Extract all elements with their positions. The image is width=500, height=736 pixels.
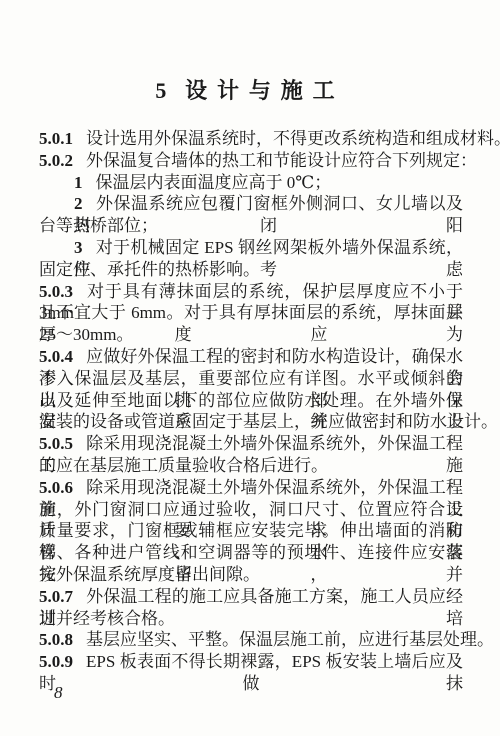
clause-5.0.6: 5.0.6除采用现浇混凝土外墙外保温系统外，外保温工程施工前，外门窗洞口应通过验… bbox=[39, 477, 463, 586]
text-line: 5.0.1设计选用外保温系统时，不得更改系统构造和组成材料。 bbox=[39, 128, 463, 150]
clause-5.0.4: 5.0.4应做好外保温工程的密封和防水构造设计，确保水不会渗入保温层及基层，重要… bbox=[39, 346, 463, 433]
text-line: 2外保温系统应包覆门窗框外侧洞口、女儿墙以及封闭阳 bbox=[39, 193, 463, 215]
clause-number: 5.0.4 bbox=[39, 347, 73, 366]
clause-number: 5.0.6 bbox=[39, 478, 73, 497]
clause-number: 3 bbox=[74, 238, 83, 257]
text-line: 质量要求，门窗框或辅框应安装完毕。伸出墙面的消防梯、水落 bbox=[39, 520, 463, 542]
text-line: 且不宜大于 6mm。对于具有厚抹面层的系统，厚抹面层厚度应为 bbox=[39, 302, 463, 324]
text-line: 5.0.5除采用现浇混凝土外墙外保温系统外，外保温工程的施 bbox=[39, 433, 463, 455]
text-line: 管、各种进户管线和空调器等的预埋件、连接件应安装完毕，并 bbox=[39, 542, 463, 564]
text-line: 渗入保温层及基层，重要部位应有详图。水平或倾斜的出挑部位 bbox=[39, 368, 463, 390]
clause-5.0.7: 5.0.7外保温工程的施工应具备施工方案，施工人员应经过培训并经考核合格。 bbox=[39, 586, 463, 630]
page-number: 8 bbox=[54, 683, 63, 703]
clause-number: 5.0.3 bbox=[39, 282, 73, 301]
text-line: 5.0.6除采用现浇混凝土外墙外保温系统外，外保温工程施工 bbox=[39, 477, 463, 499]
text-line: 5.0.9EPS 板表面不得长期裸露，EPS 板安装上墙后应及时做抹 bbox=[39, 651, 463, 673]
text-line: 5.0.7外保温工程的施工应具备施工方案，施工人员应经过培 bbox=[39, 586, 463, 608]
clause-5.0.5: 5.0.5除采用现浇混凝土外墙外保温系统外，外保温工程的施工应在基层施工质量验收… bbox=[39, 433, 463, 477]
clause-number: 5.0.7 bbox=[39, 587, 73, 606]
text-line: 安装的设备或管道应固定于基层上，并应做密封和防水设计。 bbox=[39, 411, 463, 433]
clause-5.0.8: 5.0.8基层应坚实、平整。保温层施工前，应进行基层处理。 bbox=[39, 629, 463, 651]
clause-5.0.2: 5.0.2外保温复合墙体的热工和节能设计应符合下列规定： bbox=[39, 150, 463, 172]
clause-5.0.1: 5.0.1设计选用外保温系统时，不得更改系统构造和组成材料。 bbox=[39, 128, 463, 150]
text-line: 以及延伸至地面以下的部位应做防水处理。在外墙外保温系统上 bbox=[39, 390, 463, 412]
clause-number: 2 bbox=[74, 194, 83, 213]
text-line: 5.0.3对于具有薄抹面层的系统，保护层厚度应不小于 3mm 并 bbox=[39, 281, 463, 303]
text-line: 3对于机械固定 EPS 钢丝网架板外墙外保温系统，应考虑 bbox=[39, 237, 463, 259]
text-line: 前，外门窗洞口应通过验收，洞口尺寸、位置应符合设计要求和 bbox=[39, 499, 463, 521]
text-line: 1保温层内表面温度应高于 0℃； bbox=[39, 172, 463, 194]
clause-number: 5.0.5 bbox=[39, 434, 73, 453]
clause-text: EPS 板表面不得长期裸露，EPS 板安装上墙后应及时做抹 bbox=[39, 652, 463, 693]
clause-number: 5.0.8 bbox=[39, 630, 73, 649]
clause-5.0.3: 5.0.3对于具有薄抹面层的系统，保护层厚度应不小于 3mm 并且不宜大于 6m… bbox=[39, 281, 463, 346]
clause-text: 基层应坚实、平整。保温层施工前，应进行基层处理。 bbox=[86, 630, 494, 649]
clause-list: 5.0.1设计选用外保温系统时，不得更改系统构造和组成材料。5.0.2外保温复合… bbox=[39, 128, 463, 673]
text-line: 5.0.8基层应坚实、平整。保温层施工前，应进行基层处理。 bbox=[39, 629, 463, 651]
clause-2: 2外保温系统应包覆门窗框外侧洞口、女儿墙以及封闭阳台等热桥部位； bbox=[39, 193, 463, 237]
section-number: 5 bbox=[155, 78, 166, 103]
clause-number: 1 bbox=[74, 173, 83, 192]
clause-number: 5.0.9 bbox=[39, 652, 73, 671]
clause-text: 外保温复合墙体的热工和节能设计应符合下列规定： bbox=[86, 151, 477, 170]
clause-text: 设计选用外保温系统时，不得更改系统构造和组成材料。 bbox=[86, 129, 500, 148]
clause-number: 5.0.1 bbox=[39, 129, 73, 148]
text-line: 5.0.4应做好外保温工程的密封和防水构造设计，确保水不会 bbox=[39, 346, 463, 368]
section-title: 5设计与施工 bbox=[0, 78, 500, 104]
section-title-text: 设计与施工 bbox=[185, 78, 345, 103]
text-line: 5.0.2外保温复合墙体的热工和节能设计应符合下列规定： bbox=[39, 150, 463, 172]
clause-text: 保温层内表面温度应高于 0℃； bbox=[96, 173, 332, 192]
clause-5.0.9: 5.0.9EPS 板表面不得长期裸露，EPS 板安装上墙后应及时做抹 bbox=[39, 651, 463, 673]
clause-3: 3对于机械固定 EPS 钢丝网架板外墙外保温系统，应考虑固定件、承托件的热桥影响… bbox=[39, 237, 463, 281]
scanned-page: 5设计与施工 5.0.1设计选用外保温系统时，不得更改系统构造和组成材料。5.0… bbox=[0, 0, 500, 736]
clause-1: 1保温层内表面温度应高于 0℃； bbox=[39, 172, 463, 194]
clause-number: 5.0.2 bbox=[39, 151, 73, 170]
